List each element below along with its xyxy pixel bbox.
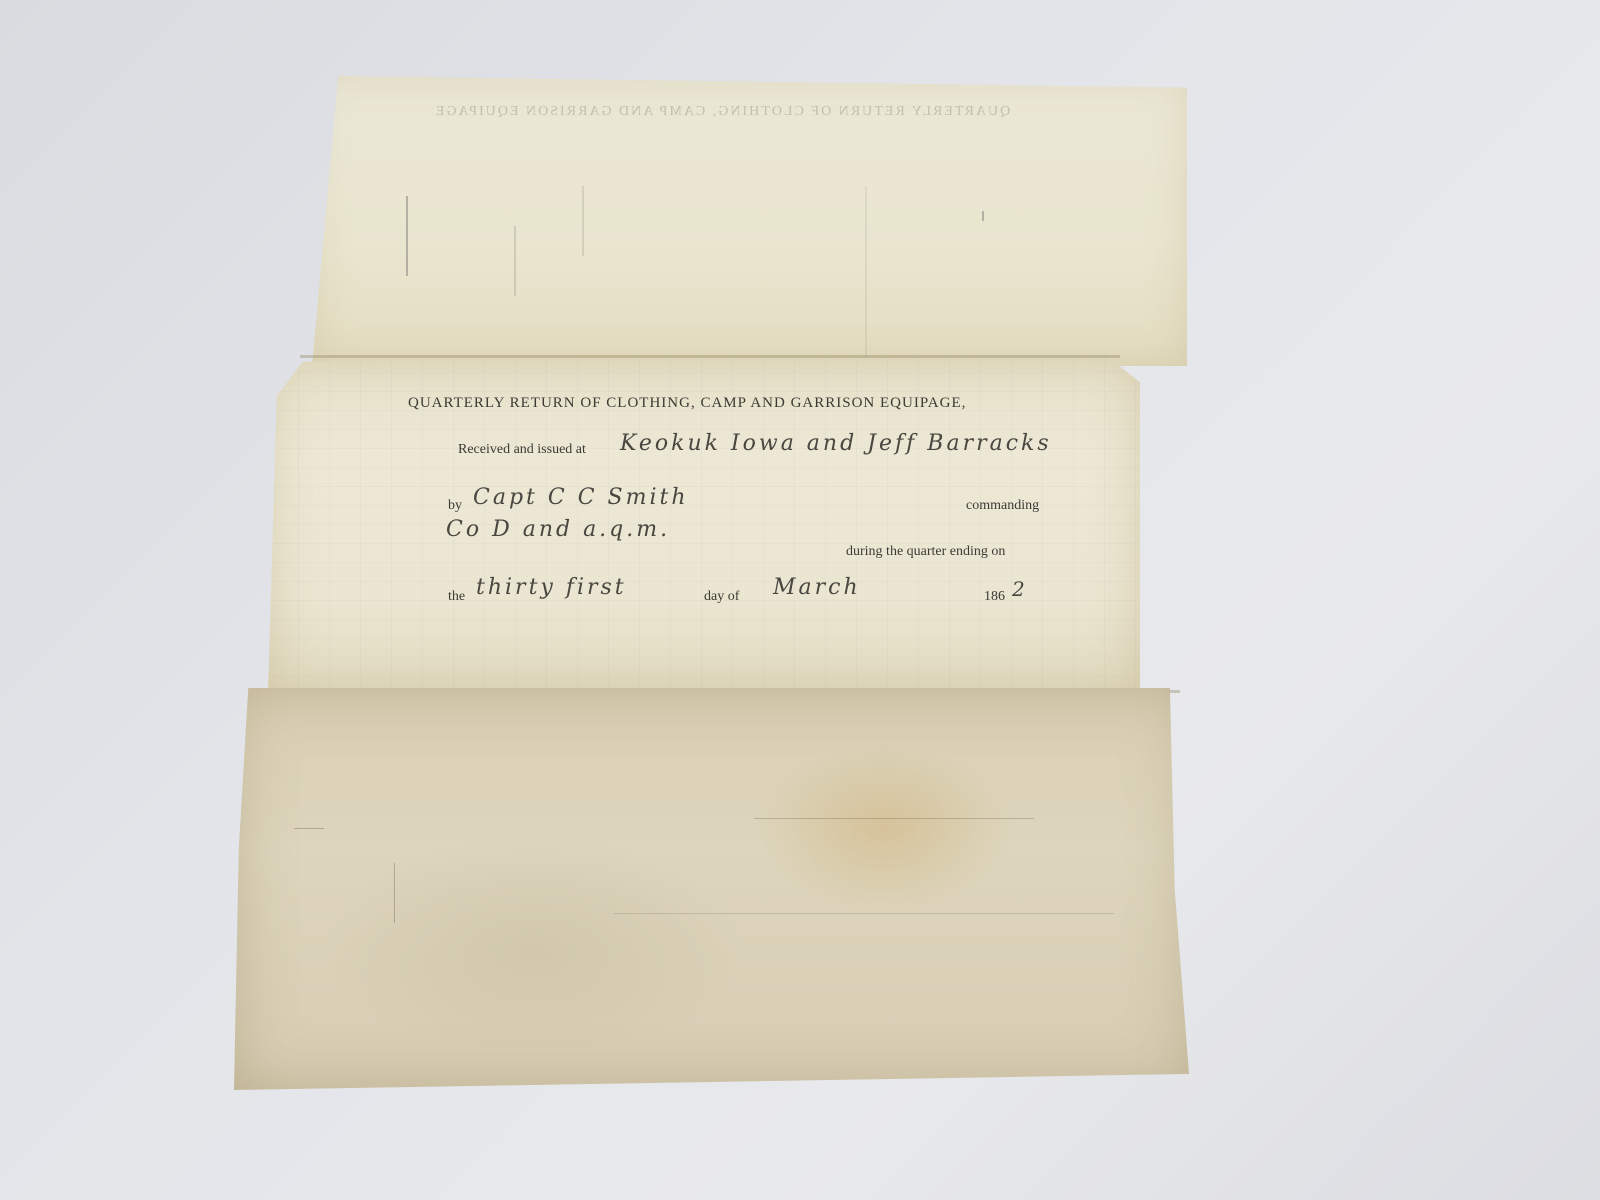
year-prefix: 186	[984, 589, 1005, 605]
back-panel: QUARTERLY RETURN OF CLOTHING, CAMP AND G…	[312, 76, 1187, 366]
the-label: the	[448, 589, 465, 605]
day-of-label: day of	[704, 589, 739, 605]
bottom-panel	[234, 688, 1189, 1090]
bleed-line	[582, 186, 584, 256]
year-suffix: 2	[1012, 577, 1028, 601]
month-value: March	[773, 575, 861, 600]
mirrored-title: QUARTERLY RETURN OF CLOTHING, CAMP AND G…	[372, 104, 1072, 120]
officer-name: Capt C C Smith	[473, 485, 689, 510]
day-value: thirty first	[476, 575, 627, 600]
document-photo: QUARTERLY RETURN OF CLOTHING, CAMP AND G…	[0, 0, 1600, 1200]
faded-mark	[294, 828, 324, 829]
by-label: by	[448, 498, 462, 514]
faded-line	[754, 818, 1034, 819]
bleed-line	[514, 226, 516, 296]
title-panel: QUARTERLY RETURN OF CLOTHING, CAMP AND G…	[268, 355, 1140, 695]
quarter-label: during the quarter ending on	[846, 544, 1005, 560]
received-location: Keokuk Iowa and Jeff Barracks	[620, 431, 1052, 456]
faded-mark	[394, 863, 395, 923]
received-label: Received and issued at	[458, 442, 586, 458]
form-title: QUARTERLY RETURN OF CLOTHING, CAMP AND G…	[408, 395, 1128, 412]
unit-name: Co D and a.q.m.	[446, 517, 670, 542]
bleed-line	[865, 186, 867, 366]
fold-crease-top	[300, 355, 1120, 358]
commanding-label: commanding	[966, 498, 1039, 514]
faded-line	[614, 913, 1114, 914]
bleed-mark	[982, 211, 984, 221]
bleed-line	[406, 196, 408, 276]
